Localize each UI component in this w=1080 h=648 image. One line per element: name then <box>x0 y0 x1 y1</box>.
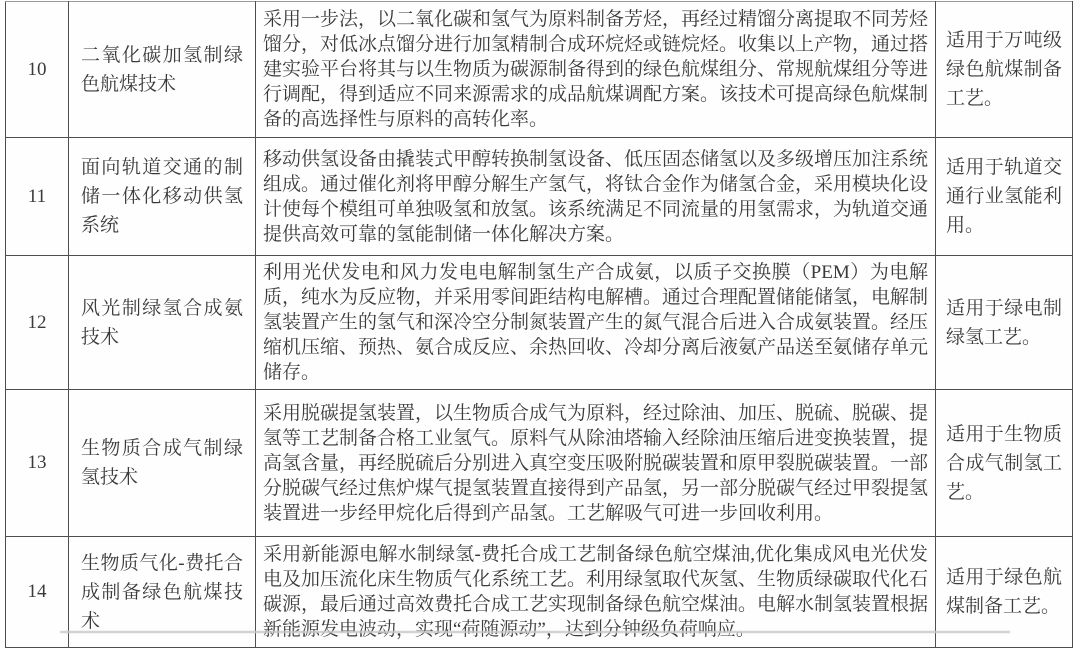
table-row: 11 面向轨道交通的制储一体化移动供氢系统 移动供氢设备由撬装式甲醇转换制氢设备… <box>6 138 1073 256</box>
technology-description: 采用脱碳提氢装置，以生物质合成气为原料，经过除油、加压、脱硫、脱碳、提氢等工艺制… <box>256 390 936 537</box>
technology-description: 利用光伏发电和风力发电电解制氢生产合成氨，以质子交换膜（PEM）为电解质，纯水为… <box>256 256 936 390</box>
row-number: 11 <box>6 138 69 256</box>
technology-description: 采用一步法，以二氧化碳和氢气为原料制备芳烃，再经过精馏分离提取不同芳烃馏分，对低… <box>256 2 936 138</box>
technology-name: 生物质气化-费托合成制备绿色航煤技术 <box>69 537 256 636</box>
row-number: 14 <box>6 537 69 636</box>
technology-table-container: 10 二氧化碳加氢制绿色航煤技术 采用一步法，以二氧化碳和氢气为原料制备芳烃，再… <box>5 1 1072 635</box>
technology-table: 10 二氧化碳加氢制绿色航煤技术 采用一步法，以二氧化碳和氢气为原料制备芳烃，再… <box>5 1 1073 635</box>
applicable-scope: 适用于绿色航煤制备工艺。 <box>936 537 1073 636</box>
technology-name: 生物质合成气制绿氢技术 <box>69 390 256 537</box>
technology-name: 面向轨道交通的制储一体化移动供氢系统 <box>69 138 256 256</box>
row-number: 10 <box>6 2 69 138</box>
table-row: 14 生物质气化-费托合成制备绿色航煤技术 采用新能源电解水制绿氢-费托合成工艺… <box>6 537 1073 636</box>
technology-description: 移动供氢设备由撬装式甲醇转换制氢设备、低压固态储氢以及多级增压加注系统组成。通过… <box>256 138 936 256</box>
applicable-scope: 适用于绿电制绿氢工艺。 <box>936 256 1073 390</box>
row-number: 13 <box>6 390 69 537</box>
next-row-border-hint <box>60 631 1010 633</box>
technology-name: 二氧化碳加氢制绿色航煤技术 <box>69 2 256 138</box>
table-row: 13 生物质合成气制绿氢技术 采用脱碳提氢装置，以生物质合成气为原料，经过除油、… <box>6 390 1073 537</box>
applicable-scope: 适用于轨道交通行业氢能利用。 <box>936 138 1073 256</box>
row-number: 12 <box>6 256 69 390</box>
technology-name: 风光制绿氢合成氨技术 <box>69 256 256 390</box>
applicable-scope: 适用于万吨级绿色航煤制备工艺。 <box>936 2 1073 138</box>
technology-description: 采用新能源电解水制绿氢-费托合成工艺制备绿色航空煤油,优化集成风电光伏发电及加压… <box>256 537 936 636</box>
table-row: 12 风光制绿氢合成氨技术 利用光伏发电和风力发电电解制氢生产合成氨，以质子交换… <box>6 256 1073 390</box>
applicable-scope: 适用于生物质合成气制氢工艺。 <box>936 390 1073 537</box>
table-row: 10 二氧化碳加氢制绿色航煤技术 采用一步法，以二氧化碳和氢气为原料制备芳烃，再… <box>6 2 1073 138</box>
